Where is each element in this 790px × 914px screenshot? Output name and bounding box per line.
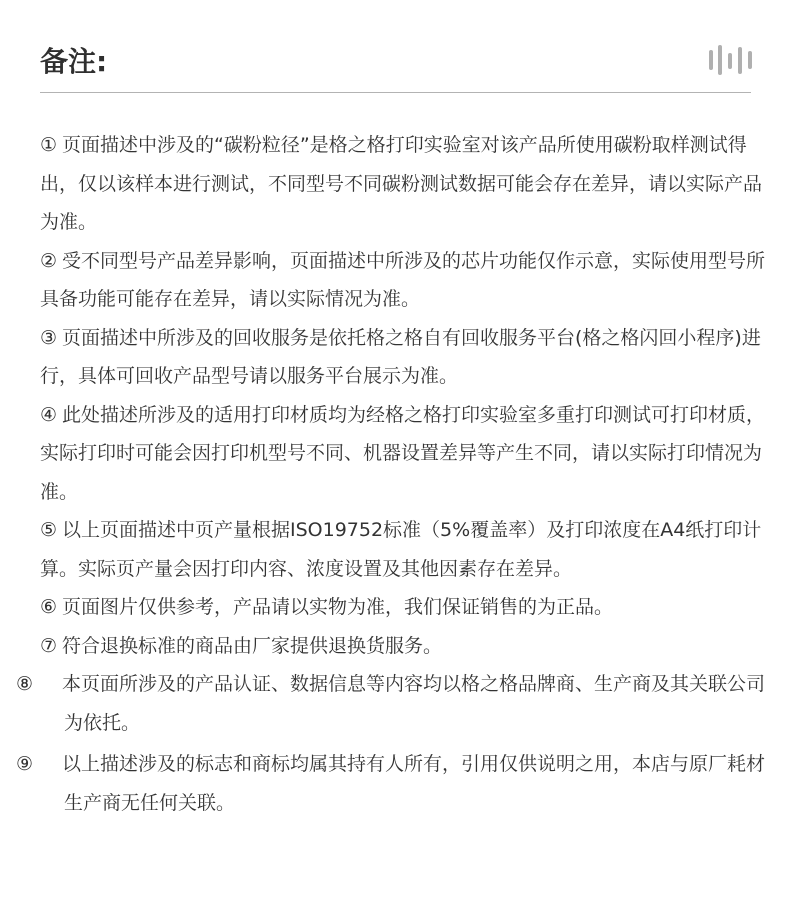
note-text: 受不同型号产品差异影响，页面描述中所涉及的芯片功能仅作示意，实际使用型号所具备功… <box>40 250 765 311</box>
note-number: ⑤ <box>40 511 62 550</box>
note-text: 页面描述中涉及的“碳粉粒径”是格之格打印实验室对该产品所使用碳粉取样测试得出，仅… <box>40 134 762 233</box>
bar <box>728 53 732 69</box>
note-text: 此处描述所涉及的适用打印材质均为经格之格打印实验室多重打印测试可打印材质，实际打… <box>40 404 765 503</box>
notes-header: 备注: <box>40 40 752 94</box>
sound-bars-icon <box>708 42 752 76</box>
note-number: ⑥ <box>40 588 62 627</box>
note-number: ③ <box>40 319 62 358</box>
note-number: ⑨ <box>40 745 62 784</box>
note-text: 本页面所涉及的产品认证、数据信息等内容均以格之格品牌商、生产商及其关联公司为依托… <box>62 673 765 734</box>
note-text: 页面描述中所涉及的回收服务是依托格之格自有回收服务平台(格之格闪回小程序)进行，… <box>40 327 761 388</box>
bar <box>738 47 742 74</box>
divider <box>40 92 751 93</box>
note-number: ① <box>40 126 62 165</box>
notes-list: ①页面描述中涉及的“碳粉粒径”是格之格打印实验室对该产品所使用碳粉取样测试得出，… <box>40 126 770 822</box>
bar <box>709 50 713 70</box>
note-item: ③页面描述中所涉及的回收服务是依托格之格自有回收服务平台(格之格闪回小程序)进行… <box>40 319 770 396</box>
note-number: ⑧ <box>40 665 62 704</box>
page-title: 备注: <box>40 40 107 84</box>
note-item: ④此处描述所涉及的适用打印材质均为经格之格打印实验室多重打印测试可打印材质，实际… <box>40 396 770 512</box>
note-text: 以上页面描述中页产量根据ISO19752标准（5%覆盖率）及打印浓度在A4纸打印… <box>40 519 761 580</box>
note-text: 页面图片仅供参考，产品请以实物为准，我们保证销售的为正品。 <box>62 596 613 618</box>
note-number: ④ <box>40 396 62 435</box>
note-item: ⑥页面图片仅供参考，产品请以实物为准，我们保证销售的为正品。 <box>40 588 770 627</box>
note-item: ①页面描述中涉及的“碳粉粒径”是格之格打印实验室对该产品所使用碳粉取样测试得出，… <box>40 126 770 242</box>
note-item: ⑦符合退换标准的商品由厂家提供退换货服务。 <box>40 627 770 666</box>
note-text: 以上描述涉及的标志和商标均属其持有人所有，引用仅供说明之用，本店与原厂耗材生产商… <box>62 753 765 814</box>
note-item: ⑤以上页面描述中页产量根据ISO19752标准（5%覆盖率）及打印浓度在A4纸打… <box>40 511 770 588</box>
bar <box>748 51 752 69</box>
note-number: ⑦ <box>40 627 62 666</box>
bar <box>718 45 722 75</box>
note-item: ⑧本页面所涉及的产品认证、数据信息等内容均以格之格品牌商、生产商及其关联公司为依… <box>40 665 770 742</box>
note-item: ②受不同型号产品差异影响，页面描述中所涉及的芯片功能仅作示意，实际使用型号所具备… <box>40 242 770 319</box>
note-number: ② <box>40 242 62 281</box>
note-text: 符合退换标准的商品由厂家提供退换货服务。 <box>62 635 442 657</box>
note-item: ⑨以上描述涉及的标志和商标均属其持有人所有，引用仅供说明之用，本店与原厂耗材生产… <box>40 745 770 822</box>
